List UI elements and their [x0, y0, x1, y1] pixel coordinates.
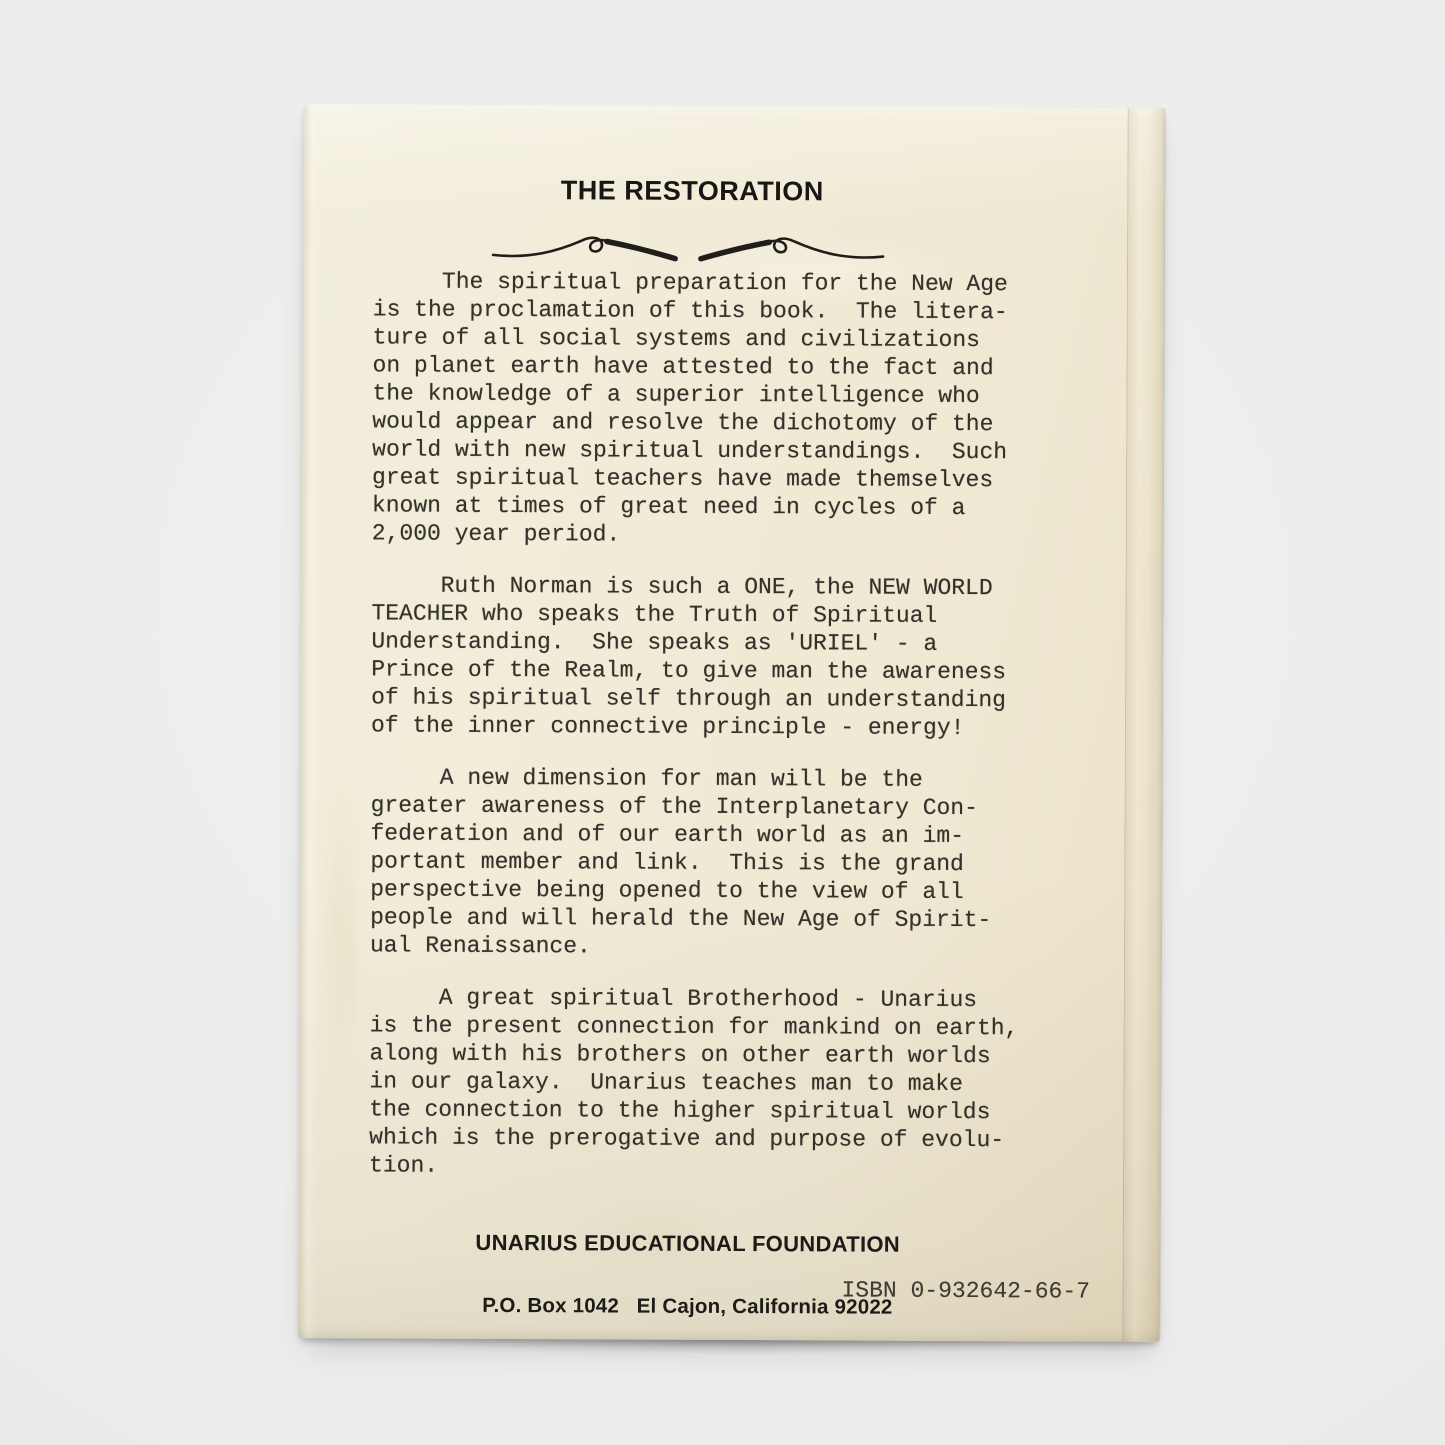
paper-stain	[305, 704, 377, 1164]
photo-backdrop: THE RESTORATION The spiritual preparatio…	[0, 0, 1445, 1445]
back-cover-blurb: The spiritual preparation for the New Ag…	[369, 267, 1045, 1182]
publisher-block: UNARIUS EDUCATIONAL FOUNDATION P.O. Box …	[475, 1193, 900, 1357]
blurb-paragraph-2: Ruth Norman is such a ONE, the NEW WORLD…	[371, 571, 1044, 742]
blurb-paragraph-4: A great spiritual Brotherhood - Unarius …	[369, 983, 1042, 1182]
blurb-paragraph-1: The spiritual preparation for the New Ag…	[372, 267, 1045, 550]
book-back-cover: THE RESTORATION The spiritual preparatio…	[298, 104, 1164, 1342]
book-title: THE RESTORATION	[561, 175, 824, 207]
cover-crease-line	[1122, 108, 1165, 1342]
isbn-text: ISBN 0-932642-66-7	[841, 1277, 1090, 1304]
blurb-paragraph-3: A new dimension for man will be the grea…	[370, 763, 1043, 962]
publisher-name: UNARIUS EDUCATIONAL FOUNDATION	[475, 1229, 900, 1259]
publisher-address: P.O. Box 1042 El Cajon, California 92022	[475, 1293, 900, 1321]
flourish-ornament-icon	[490, 229, 886, 267]
